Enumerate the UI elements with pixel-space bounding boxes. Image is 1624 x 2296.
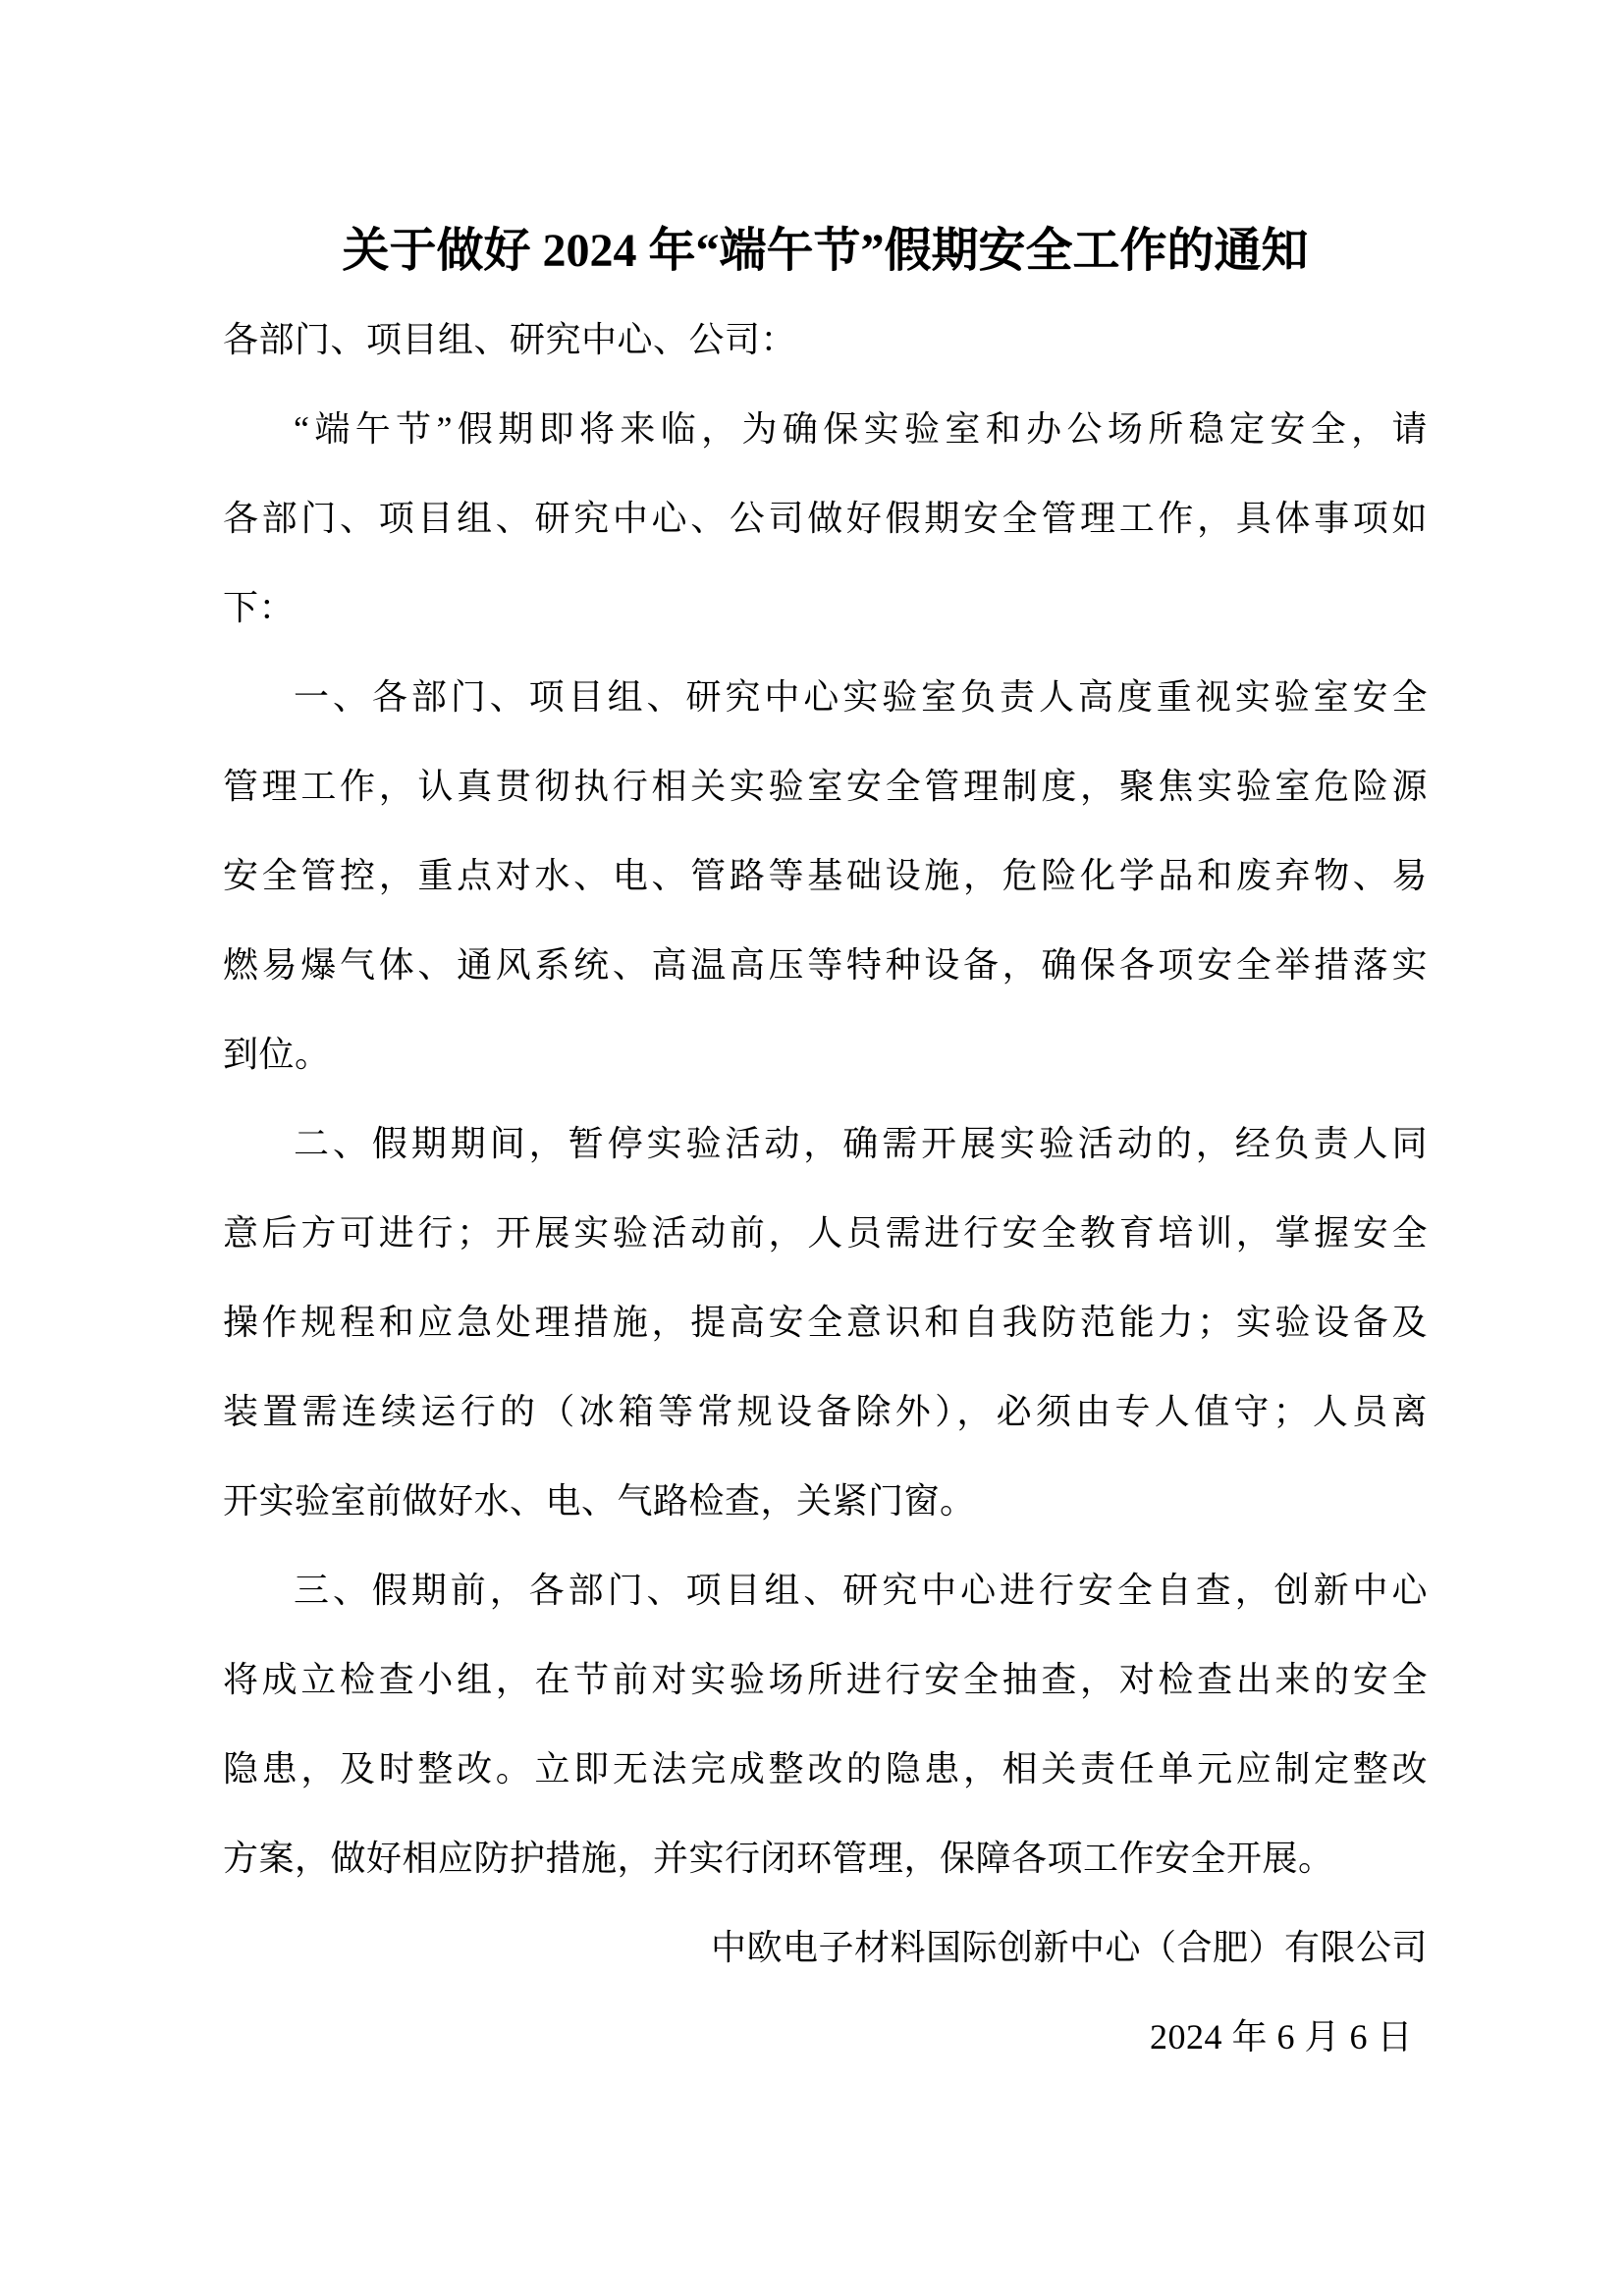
date: 2024 年 6 月 6 日 xyxy=(223,1993,1428,2082)
body-line: 开实验室前做好水、电、气路检查，关紧门窗。 xyxy=(223,1457,1428,1546)
body-line: 下： xyxy=(223,563,1428,653)
body-line: “端午节”假期即将来临，为确保实验室和办公场所稳定安全，请 xyxy=(223,385,1428,474)
body-line: 操作规程和应急处理措施，提高安全意识和自我防范能力；实验设备及 xyxy=(223,1278,1428,1367)
body-line: 方案，做好相应防护措施，并实行闭环管理，保障各项工作安全开展。 xyxy=(223,1814,1428,1903)
body-line: 三、假期前，各部门、项目组、研究中心进行安全自查，创新中心 xyxy=(223,1546,1428,1635)
body-line: 装置需连续运行的（冰箱等常规设备除外），必须由专人值守；人员离 xyxy=(223,1367,1428,1457)
salutation: 各部门、项目组、研究中心、公司： xyxy=(223,295,1428,385)
body-line: 将成立检查小组，在节前对实验场所进行安全抽查，对检查出来的安全 xyxy=(223,1635,1428,1725)
signature: 中欧电子材料国际创新中心（合肥）有限公司 xyxy=(223,1903,1428,1993)
document-page: 关于做好 2024 年“端午节”假期安全工作的通知 各部门、项目组、研究中心、公… xyxy=(0,0,1624,2296)
body-line: 隐患，及时整改。立即无法完成整改的隐患，相关责任单元应制定整改 xyxy=(223,1725,1428,1814)
body-line: 二、假期期间，暂停实验活动，确需开展实验活动的，经负责人同 xyxy=(223,1099,1428,1189)
body-line: 意后方可进行；开展实验活动前，人员需进行安全教育培训，掌握安全 xyxy=(223,1189,1428,1278)
document-title: 关于做好 2024 年“端午节”假期安全工作的通知 xyxy=(223,206,1428,295)
body-line: 到位。 xyxy=(223,1010,1428,1099)
body-line: 一、各部门、项目组、研究中心实验室负责人高度重视实验室安全 xyxy=(223,653,1428,742)
body-line: 管理工作，认真贯彻执行相关实验室安全管理制度，聚焦实验室危险源 xyxy=(223,742,1428,831)
body-line: 燃易爆气体、通风系统、高温高压等特种设备，确保各项安全举措落实 xyxy=(223,921,1428,1010)
body-line: 各部门、项目组、研究中心、公司做好假期安全管理工作，具体事项如 xyxy=(223,474,1428,563)
body-line: 安全管控，重点对水、电、管路等基础设施，危险化学品和废弃物、易 xyxy=(223,831,1428,921)
notice-body: 关于做好 2024 年“端午节”假期安全工作的通知 各部门、项目组、研究中心、公… xyxy=(223,206,1428,2082)
